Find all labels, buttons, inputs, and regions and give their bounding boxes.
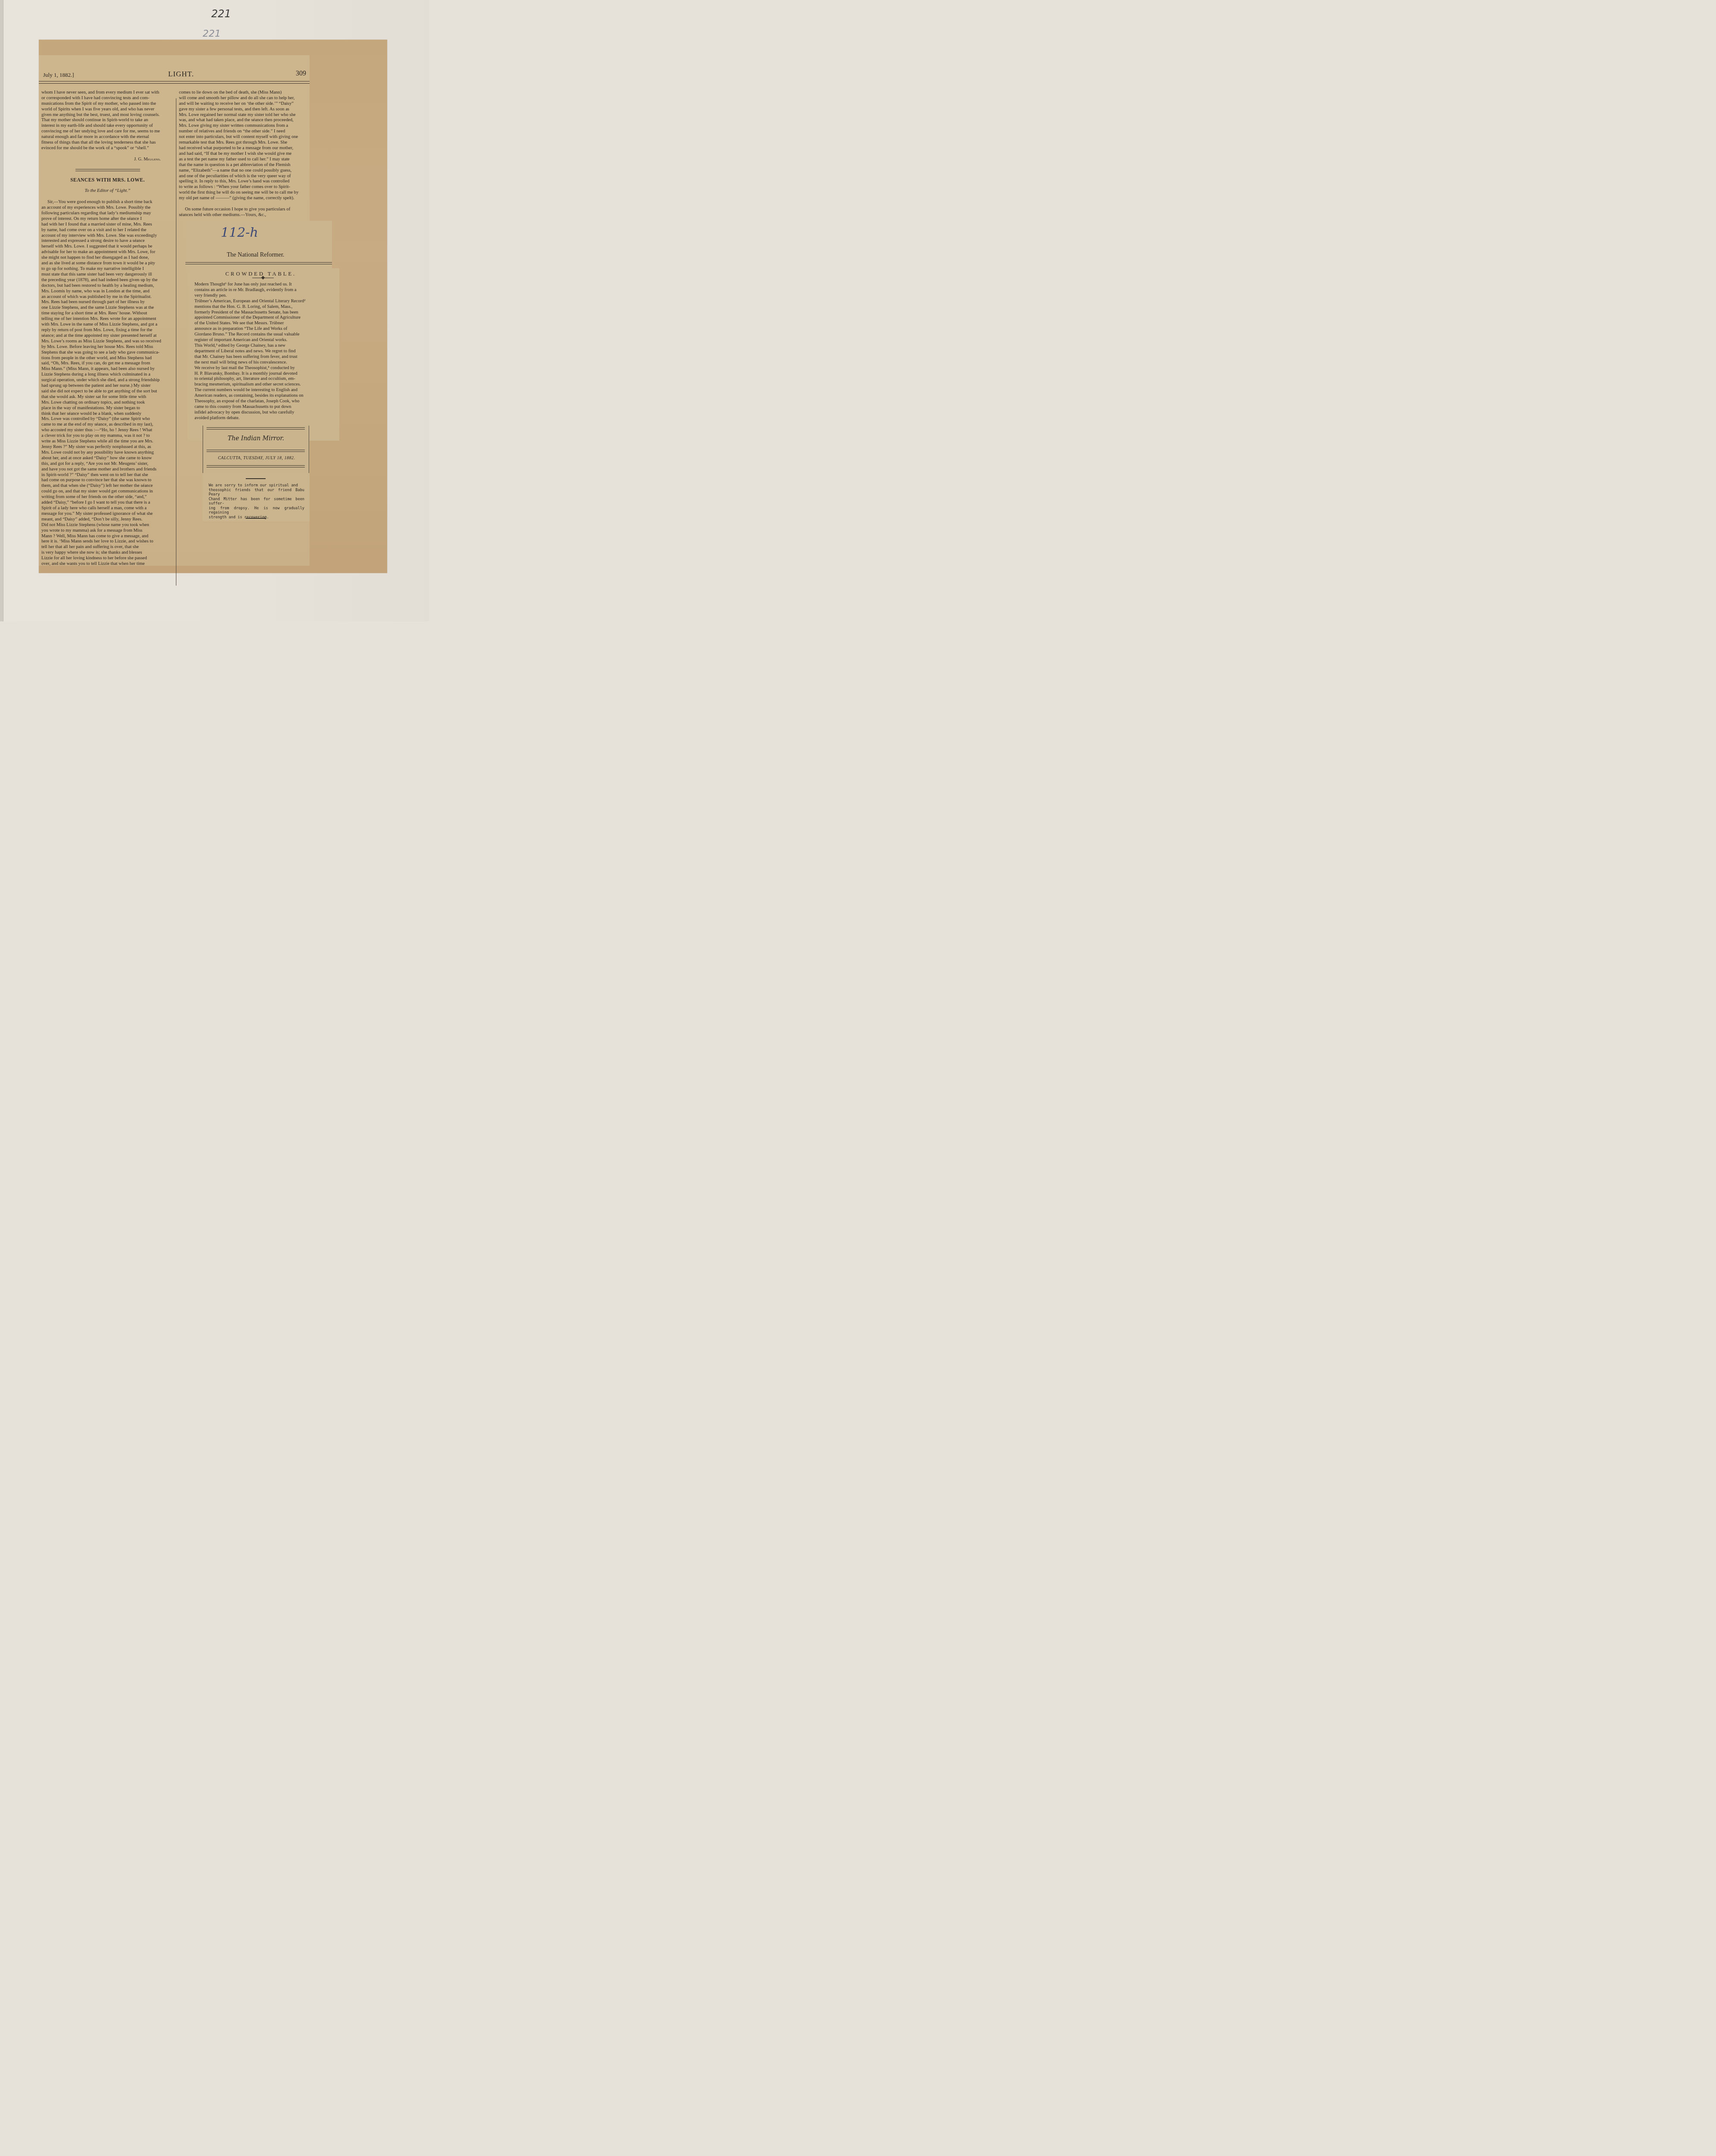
left-column: whom I have never seen, and from every m… [41,85,174,573]
handwritten-catalog-number: 112-h [221,225,258,240]
newspaper-masthead: The National Reformer. [227,252,284,259]
article-title: SEANCES WITH MRS. LOWE. [41,178,174,183]
dateline: CALCUTTA, TUESDAY, JULY 18, 1882. [207,456,307,461]
right-column: comes to lie down on the bed of death, s… [179,85,308,244]
newspaper-page-number: 309 [296,70,306,78]
newspaper-title: LIGHT. [168,70,194,78]
short-rule [246,518,266,519]
notice-body: We are sorry to inform our spiritual and… [209,483,304,520]
article-subtitle: To the Editor of “Light.” [41,188,174,194]
middle-rule [207,450,305,452]
ornament-divider [252,278,274,278]
crowded-table-clipping: CROWDED TABLE. Modern Thought¹ for June … [188,268,339,441]
section-title: CROWDED TABLE. [188,271,334,277]
signature: J. G. Meugens. [41,157,174,163]
issue-date: July 1, 1882.] [43,72,74,78]
newspaper-masthead: The Indian Mirror. [203,435,309,442]
page-number-annotation: 221 [211,8,231,20]
masthead-double-rule [185,262,332,264]
scrapbook-page: July 1, 1882.] LIGHT. 309 whom I have ne… [39,40,387,573]
top-rule [207,427,305,429]
section-body: Modern Thought¹ for June has only just r… [194,282,335,421]
album-spine [0,0,3,621]
separator-rule [75,169,140,171]
bottom-rule [207,465,305,467]
article-closing: On some future occasion I hope to give y… [179,207,308,218]
faint-page-number-annotation: 221 [203,28,221,39]
album-board: 221 221 2 July 1, 1882.] LIGHT. 309 whom… [0,0,429,621]
column-divider [176,98,176,586]
indian-mirror-notice-clipping: We are sorry to inform our spiritual and… [203,473,310,521]
previous-letter-ending: whom I have never seen, and from every m… [41,90,174,151]
article-body: Sir,—You were good enough to publish a s… [41,200,174,567]
masthead-double-rule [39,81,310,84]
national-reformer-clipping: 112-h The National Reformer. [185,221,332,270]
short-rule [246,478,266,479]
light-masthead-row: July 1, 1882.] LIGHT. 309 [43,70,306,78]
article-body-continued: comes to lie down on the bed of death, s… [179,90,308,201]
